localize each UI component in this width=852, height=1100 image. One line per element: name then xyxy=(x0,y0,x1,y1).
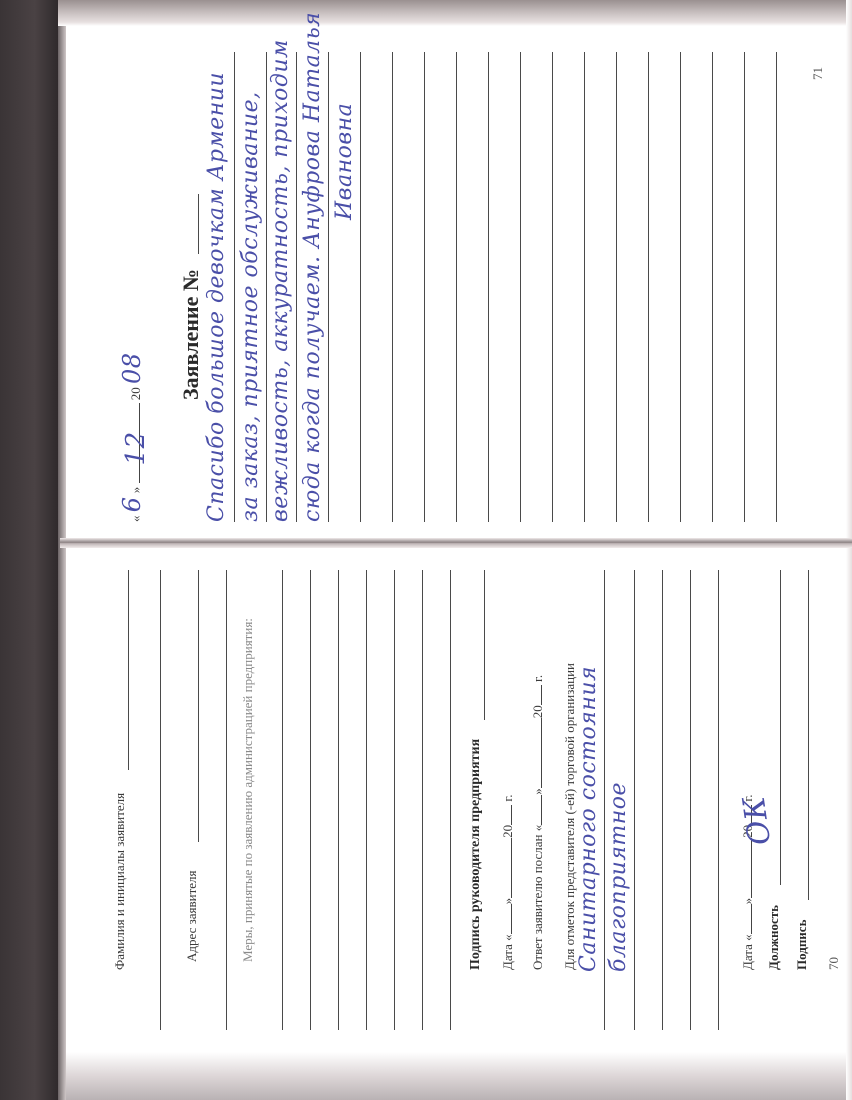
notes-line-3 xyxy=(662,570,663,1030)
statement-line-4 xyxy=(328,52,329,522)
measures-line-5 xyxy=(394,570,395,1030)
handwritten-notes-line-2: благоприятное xyxy=(606,782,631,972)
measures-line-1 xyxy=(282,570,283,1030)
handwritten-statement-line-5: Ивановна xyxy=(332,103,357,220)
book-spread: Фамилия и инициалы заявителя Адрес заяви… xyxy=(0,0,852,1100)
notes-line-4 xyxy=(690,570,691,1030)
measures-line-2 xyxy=(310,570,311,1030)
statement-line-12 xyxy=(584,52,585,522)
statement-line-15 xyxy=(680,52,681,522)
manager-signature-line xyxy=(484,570,485,720)
statement-line-1 xyxy=(234,52,235,522)
book-gutter xyxy=(60,538,852,548)
statement-number-line xyxy=(198,194,199,254)
measures-line-3 xyxy=(338,570,339,1030)
statement-line-13 xyxy=(616,52,617,522)
page-number-right: 71 xyxy=(810,67,826,80)
handwritten-statement-line-1: Спасибо большое девочкам Армении xyxy=(204,72,229,522)
signature-line xyxy=(808,570,809,900)
measures-line-6 xyxy=(422,570,423,1030)
statement-line-18 xyxy=(776,52,777,522)
statement-line-5 xyxy=(360,52,361,522)
measures-label: Меры, принятые по заявлению администраци… xyxy=(240,618,256,962)
reply-sent-label: Ответ заявителю послан «»20 г. xyxy=(530,675,546,970)
notes-line-2 xyxy=(634,570,635,1030)
statement-line-7 xyxy=(424,52,425,522)
position-line xyxy=(780,570,781,885)
statement-title: Заявление № xyxy=(178,269,204,400)
handwritten-statement-line-4: сюда когда получаем. Ануфрова Наталья xyxy=(300,12,325,522)
header-date: « 6 » 12 20 08 xyxy=(118,352,146,522)
statement-line-10 xyxy=(520,52,521,522)
statement-line-14 xyxy=(648,52,649,522)
position-label: Должность xyxy=(766,905,782,970)
applicant-name-line xyxy=(128,570,129,770)
handwritten-signature-scrawl: ОК xyxy=(737,794,778,847)
date-label: Дата «»20 г. xyxy=(500,794,516,970)
manager-signature-label: Подпись руководителя предприятия xyxy=(468,739,484,970)
statement-line-3 xyxy=(296,52,297,522)
statement-line-17 xyxy=(744,52,745,522)
signature-label: Подпись xyxy=(794,920,810,970)
statement-line-8 xyxy=(456,52,457,522)
applicant-name-label: Фамилия и инициалы заявителя xyxy=(112,793,128,970)
applicant-address-line-2 xyxy=(226,570,227,1030)
page-number-left: 70 xyxy=(826,957,842,970)
statement-line-16 xyxy=(712,52,713,522)
statement-line-11 xyxy=(552,52,553,522)
notes-line-5 xyxy=(718,570,719,1030)
applicant-address-line xyxy=(198,570,199,842)
applicant-address-label: Адрес заявителя xyxy=(184,870,200,962)
handwritten-statement-line-3: вежливость, аккуратность, приходим xyxy=(268,39,293,522)
notes-line-1 xyxy=(604,570,605,1030)
applicant-name-line-2 xyxy=(160,570,161,1030)
measures-line-4 xyxy=(366,570,367,1030)
statement-line-2 xyxy=(266,52,267,522)
handwritten-notes-line-1: Санитарного состояния xyxy=(576,666,601,972)
statement-line-6 xyxy=(392,52,393,522)
statement-line-9 xyxy=(488,52,489,522)
measures-line-7 xyxy=(450,570,451,1030)
handwritten-statement-line-2: за заказ, приятное обслуживание, xyxy=(238,91,263,522)
